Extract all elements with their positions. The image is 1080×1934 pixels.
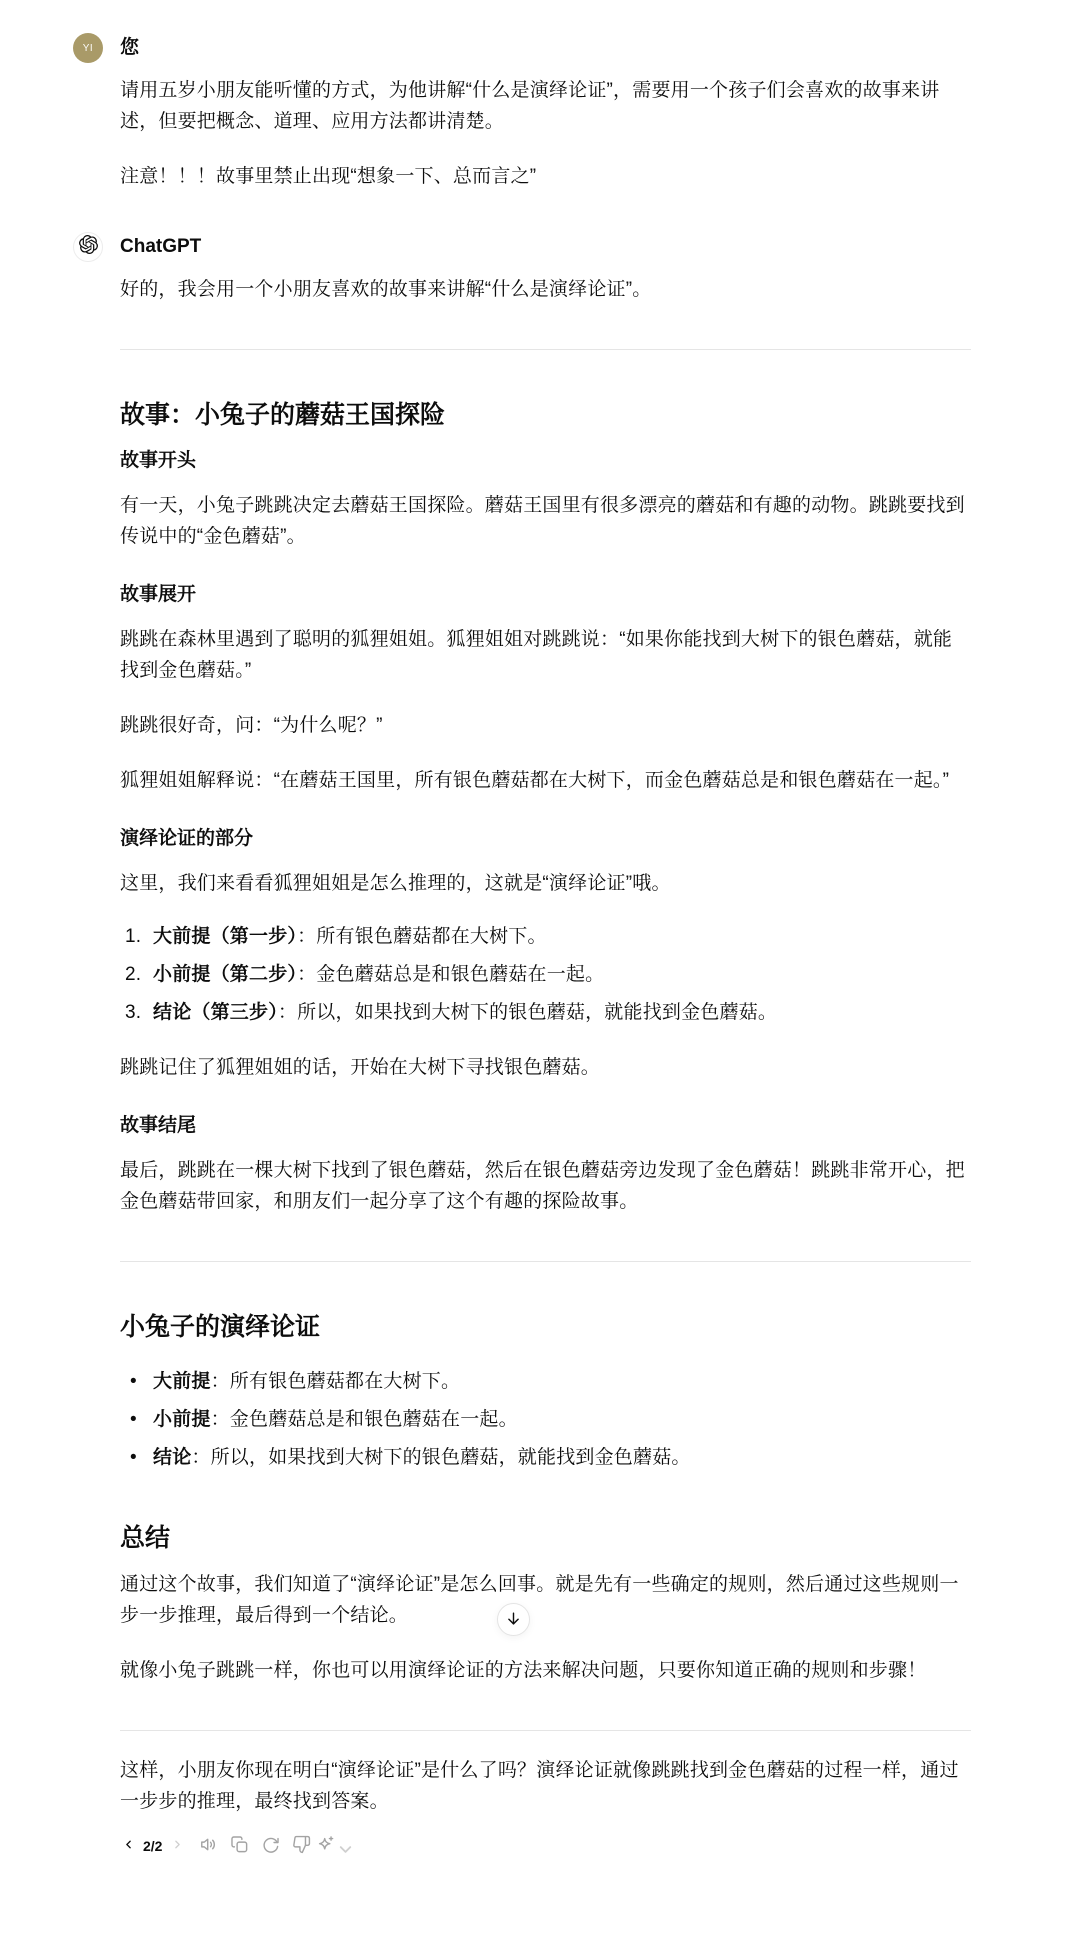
deduction-steps-list: 1. 大前提（第一步）：所有银色蘑菇都在大树下。 2. 小前提（第二步）：金色蘑… bbox=[120, 921, 971, 1028]
chatgpt-avatar bbox=[73, 232, 103, 262]
list-item-label: 大前提 bbox=[153, 1371, 211, 1392]
chevron-down-icon bbox=[336, 1840, 349, 1853]
scroll-to-bottom-button[interactable] bbox=[497, 1603, 530, 1636]
arrow-down-icon bbox=[505, 1610, 522, 1630]
regenerate-icon bbox=[261, 1835, 280, 1857]
story-title: 故事：小兔子的蘑菇王国探险 bbox=[120, 398, 971, 432]
list-item-label: 大前提（第一步） bbox=[153, 926, 297, 947]
list-item-label: 结论（第三步） bbox=[153, 1002, 278, 1023]
story-paragraph: 跳跳很好奇，问：“为什么呢？” bbox=[120, 710, 971, 741]
regenerate-button[interactable] bbox=[259, 1835, 281, 1857]
summary-title: 总结 bbox=[120, 1521, 971, 1555]
list-item-text: ：所有银色蘑菇都在大树下。 bbox=[211, 1371, 461, 1392]
list-item-text: ：所以，如果找到大树下的银色蘑菇，就能找到金色蘑菇。 bbox=[191, 1447, 690, 1468]
list-item: 2. 小前提（第二步）：金色蘑菇总是和银色蘑菇在一起。 bbox=[120, 959, 971, 990]
list-item-text: ：所以，如果找到大树下的银色蘑菇，就能找到金色蘑菇。 bbox=[278, 1002, 777, 1023]
thumbs-down-icon bbox=[292, 1835, 311, 1857]
chevron-left-icon bbox=[122, 1838, 135, 1854]
divider bbox=[120, 1730, 971, 1731]
list-item-label: 小前提 bbox=[153, 1409, 211, 1430]
user-message: YI 您 请用五岁小朋友能听懂的方式，为他讲解“什么是演绎论证”，需要用一个孩子… bbox=[0, 0, 1080, 192]
next-response-button[interactable] bbox=[169, 1838, 185, 1854]
response-version-nav: 2/2 bbox=[120, 1838, 185, 1854]
copy-button[interactable] bbox=[228, 1835, 250, 1857]
assistant-message-author: ChatGPT bbox=[120, 232, 971, 262]
story-development-heading: 故事展开 bbox=[120, 580, 971, 610]
openai-logo-icon bbox=[79, 235, 98, 259]
chevron-right-icon bbox=[171, 1838, 184, 1854]
story-paragraph: 有一天，小兔子跳跳决定去蘑菇王国探险。蘑菇王国里有很多漂亮的蘑菇和有趣的动物。跳… bbox=[120, 490, 971, 552]
list-item-label: 小前提（第二步） bbox=[153, 964, 297, 985]
story-opening-heading: 故事开头 bbox=[120, 446, 971, 476]
recap-title: 小兔子的演绎论证 bbox=[120, 1310, 971, 1344]
assistant-intro: 好的，我会用一个小朋友喜欢的故事来讲解“什么是演绎论证”。 bbox=[120, 274, 971, 305]
story-paragraph: 狐狸姐姐解释说：“在蘑菇王国里，所有银色蘑菇都在大树下，而金色蘑菇总是和银色蘑菇… bbox=[120, 765, 971, 796]
closing-paragraph: 这样，小朋友你现在明白“演绎论证”是什么了吗？演绎论证就像跳跳找到金色蘑菇的过程… bbox=[120, 1755, 971, 1817]
list-item-number: 2. bbox=[125, 959, 153, 990]
list-item: 结论：所以，如果找到大树下的银色蘑菇，就能找到金色蘑菇。 bbox=[120, 1442, 971, 1473]
deduction-heading: 演绎论证的部分 bbox=[120, 824, 971, 854]
user-avatar-initials: YI bbox=[83, 43, 93, 54]
response-page-indicator: 2/2 bbox=[141, 1838, 164, 1854]
model-switcher-button[interactable] bbox=[321, 1835, 343, 1857]
list-item-text: ：所有银色蘑菇都在大树下。 bbox=[297, 926, 547, 947]
list-item-text: ：金色蘑菇总是和银色蘑菇在一起。 bbox=[211, 1409, 518, 1430]
user-message-author: 您 bbox=[120, 33, 971, 63]
list-item: 1. 大前提（第一步）：所有银色蘑菇都在大树下。 bbox=[120, 921, 971, 952]
user-paragraph: 注意！！！故事里禁止出现“想象一下、总而言之” bbox=[120, 161, 971, 192]
story-paragraph: 最后，跳跳在一棵大树下找到了银色蘑菇，然后在银色蘑菇旁边发现了金色蘑菇！跳跳非常… bbox=[120, 1155, 971, 1217]
summary-paragraph: 就像小兔子跳跳一样，你也可以用演绎论证的方法来解决问题，只要你知道正确的规则和步… bbox=[120, 1655, 971, 1686]
list-item: 3. 结论（第三步）：所以，如果找到大树下的银色蘑菇，就能找到金色蘑菇。 bbox=[120, 997, 971, 1028]
list-item-label: 结论 bbox=[153, 1447, 191, 1468]
thumbs-down-button[interactable] bbox=[290, 1835, 312, 1857]
deduction-outro: 跳跳记住了狐狸姐姐的话，开始在大树下寻找银色蘑菇。 bbox=[120, 1052, 971, 1083]
list-item-number: 3. bbox=[125, 997, 153, 1028]
list-item: 小前提：金色蘑菇总是和银色蘑菇在一起。 bbox=[120, 1404, 971, 1435]
previous-response-button[interactable] bbox=[120, 1838, 136, 1854]
summary-paragraph: 通过这个故事，我们知道了“演绎论证”是怎么回事。就是先有一些确定的规则，然后通过… bbox=[120, 1569, 971, 1631]
recap-list: 大前提：所有银色蘑菇都在大树下。 小前提：金色蘑菇总是和银色蘑菇在一起。 结论：… bbox=[120, 1366, 971, 1473]
story-ending-heading: 故事结尾 bbox=[120, 1111, 971, 1141]
response-toolbar: 2/2 bbox=[120, 1833, 971, 1859]
sparkle-icon bbox=[316, 1835, 335, 1857]
user-avatar: YI bbox=[73, 33, 103, 63]
speaker-icon bbox=[199, 1835, 218, 1857]
story-paragraph: 跳跳在森林里遇到了聪明的狐狸姐姐。狐狸姐姐对跳跳说：“如果你能找到大树下的银色蘑… bbox=[120, 624, 971, 686]
copy-icon bbox=[230, 1835, 249, 1857]
user-paragraph: 请用五岁小朋友能听懂的方式，为他讲解“什么是演绎论证”，需要用一个孩子们会喜欢的… bbox=[120, 75, 971, 137]
assistant-message: ChatGPT 好的，我会用一个小朋友喜欢的故事来讲解“什么是演绎论证”。 故事… bbox=[0, 232, 1080, 1859]
list-item-text: ：金色蘑菇总是和银色蘑菇在一起。 bbox=[297, 964, 604, 985]
divider bbox=[120, 1261, 971, 1262]
divider bbox=[120, 349, 971, 350]
deduction-intro: 这里，我们来看看狐狸姐姐是怎么推理的，这就是“演绎论证”哦。 bbox=[120, 868, 971, 899]
read-aloud-button[interactable] bbox=[197, 1835, 219, 1857]
list-item-number: 1. bbox=[125, 921, 153, 952]
list-item: 大前提：所有银色蘑菇都在大树下。 bbox=[120, 1366, 971, 1397]
